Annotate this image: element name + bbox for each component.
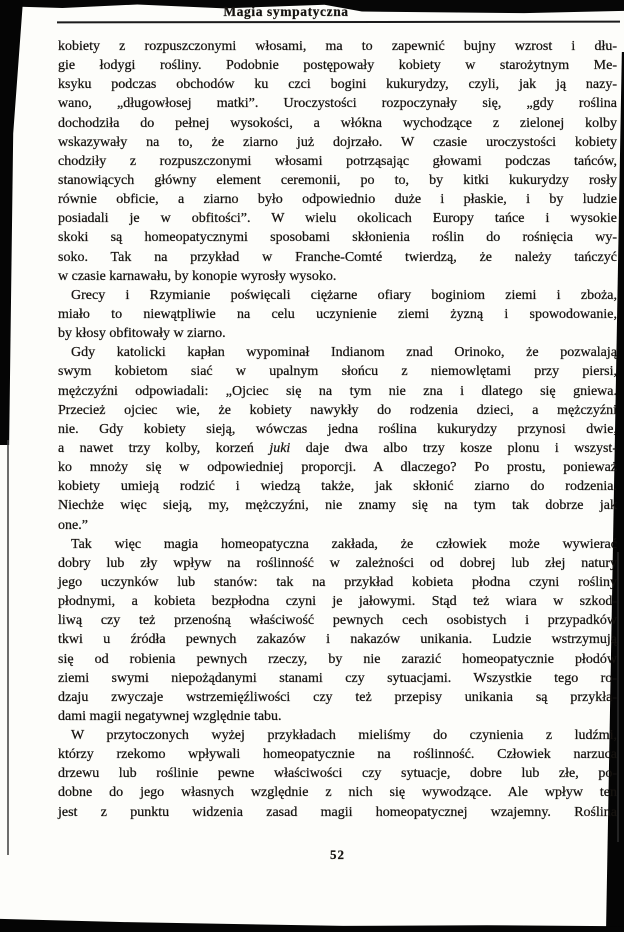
text-line: stanowiących główny element ceremonii, p… [58, 171, 617, 190]
text-line: dami magii negatywnej względnie tabu. [58, 707, 617, 726]
text-line: płodnymi, a kobieta bezpłodna czyni je j… [58, 592, 617, 611]
text-line: dzaju zwyczaje wstrzemięźliwości czy też… [58, 688, 617, 707]
text-line: równie obficie, a ziarno było odpowiedni… [58, 190, 617, 209]
text-line: którzy rzekomo wpływali homeopatycznie n… [58, 745, 617, 764]
text-line: by kłosy obfitowały w ziarno. [58, 324, 617, 343]
text-line: dobne do jego własnych względnie z nich … [58, 783, 617, 802]
text-line: W przytoczonych wyżej przykładach mieliś… [58, 726, 617, 745]
body-text: kobiety z rozpuszczonymi włosami, ma to … [58, 37, 617, 822]
text-line: wskazywały na to, że ziarno już dojrzało… [58, 133, 617, 152]
text-line: skoki są homeopatycznymi sposobami skłon… [58, 228, 617, 247]
text-line: Tak więc magia homeopatyczna zakłada, że… [58, 535, 617, 554]
text-line: ziemi swymi niepożądanymi stanami czy sy… [58, 669, 617, 688]
text-line: kobiety z rozpuszczonymi włosami, ma to … [58, 37, 617, 56]
text-line: gie łodygi rośliny. Podobnie postępowały… [58, 56, 617, 75]
running-head-title: Magia sympatyczna [223, 4, 348, 20]
text-line: miało to niewątpliwie na celu uczynienie… [58, 305, 617, 324]
text-line: mężczyźni odpowiadali: „Ojciec się na ty… [58, 382, 617, 401]
scan-artifact-bottom-edge [0, 916, 624, 932]
text-line: dochodziła do pełnej wysokości, a włókna… [58, 114, 617, 133]
scan-artifact-left-edge [0, 0, 24, 445]
header-rule [57, 21, 620, 24]
text-line: Niechże więc sieją, my, mężczyźni, nie z… [58, 496, 617, 515]
text-line: a nawet trzy kolby, korzeń juki daje dwa… [58, 439, 617, 458]
text-line: swym kobietom siać w upalnym słońcu z ni… [58, 362, 617, 381]
text-line: dobry lub zły wpływ na roślinność w zale… [58, 554, 617, 573]
text-line: chodziły z rozpuszczonymi włosami potrzą… [58, 152, 617, 171]
text-line: tkwi u źródła pewnych zakazów i nakazów … [58, 630, 617, 649]
text-line: Gdy katolicki kapłan wypominał Indianom … [58, 343, 617, 362]
text-line: jest z punktu widzenia zasad magii homeo… [58, 803, 617, 822]
text-line: Przecież ojciec wie, że kobiety nawykły … [58, 401, 617, 420]
text-line: ko mnoży się w odpowiedniej proporcji. A… [58, 458, 617, 477]
text-line: ksyku podczas obchodów ku czci bogini ku… [58, 75, 617, 94]
text-line: wano, „długowłosej matki”. Uroczystości … [58, 94, 617, 113]
page-number: 52 [58, 847, 617, 863]
text-line: posiadali je w obfitości”. W wielu okoli… [58, 209, 617, 228]
text-line: liwą czy też przenośną właściwość pewnyc… [58, 611, 617, 630]
text-line: Grecy i Rzymianie poświęcali ciężarne of… [58, 286, 617, 305]
scan-artifact-left-crease [7, 440, 9, 855]
scan-artifact-right-crease [617, 552, 619, 842]
text-line: drzewu lub roślinie pewne właściwości cz… [58, 764, 617, 783]
text-line: nie. Gdy kobiety sieją, wówczas jedna ro… [58, 420, 617, 439]
text-line: kobiety umieją rodzić i wiedzą także, ja… [58, 477, 617, 496]
book-page: Magia sympatyczna kobiety z rozpuszczony… [0, 0, 624, 932]
text-line: się od robienia pewnych rzeczy, by nie z… [58, 650, 617, 669]
text-line: w czasie karnawału, by konopie wyrosły w… [58, 267, 617, 286]
text-line: soko. Tak na przykład w Franche-Comté tw… [58, 248, 617, 267]
text-line: one.” [58, 516, 617, 535]
text-line: jego uczynków lub stanów: tak na przykła… [58, 573, 617, 592]
